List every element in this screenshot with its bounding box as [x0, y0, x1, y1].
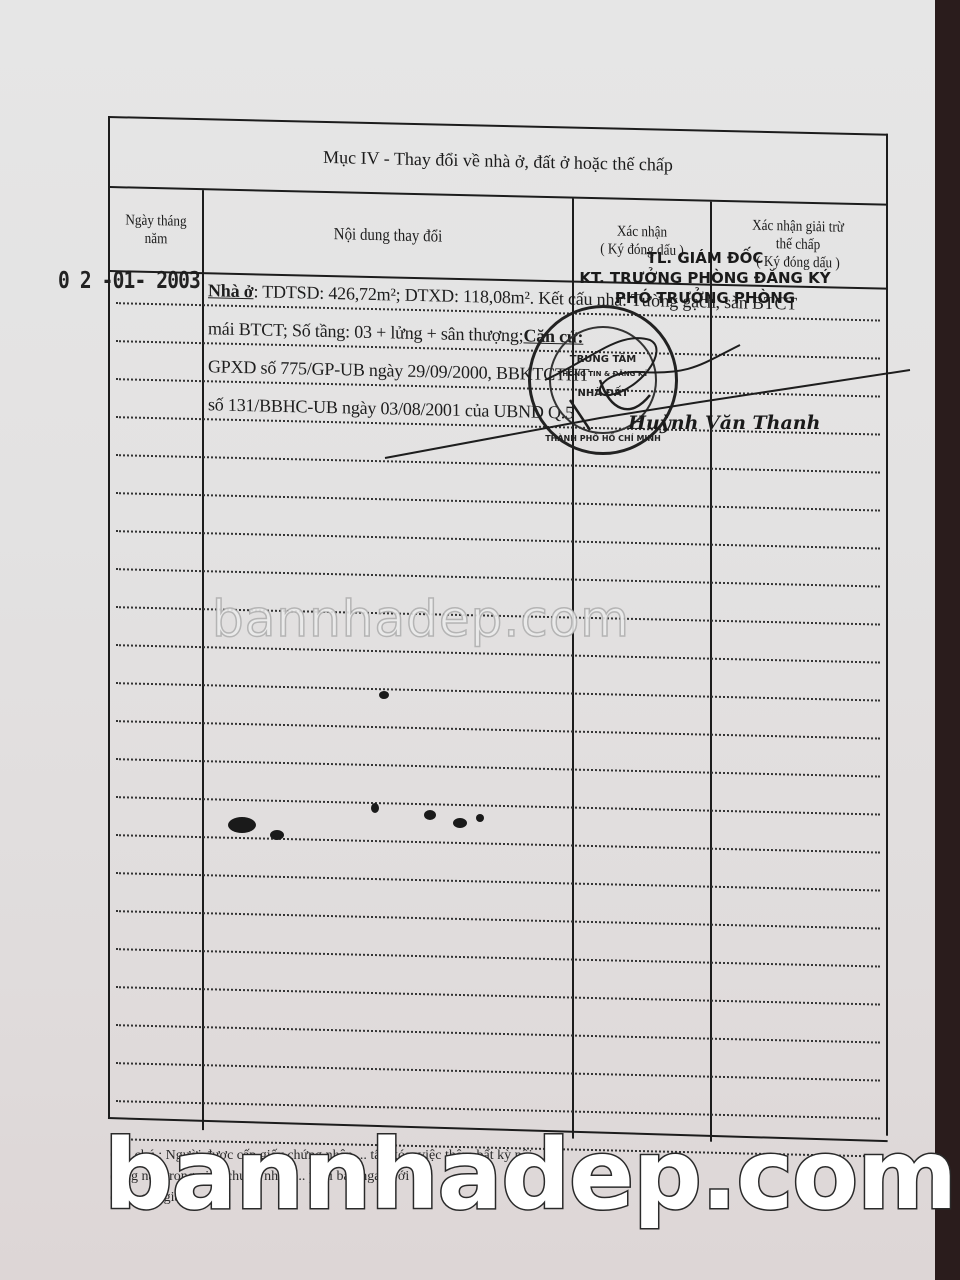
watermark-bottom: bannhadep.com: [104, 1120, 956, 1230]
document-page: 0 2 -01- 2003 Mục IV - Thay đổi về nhà ở…: [0, 0, 935, 1280]
watermark-middle: bannhadep.com: [212, 590, 630, 648]
